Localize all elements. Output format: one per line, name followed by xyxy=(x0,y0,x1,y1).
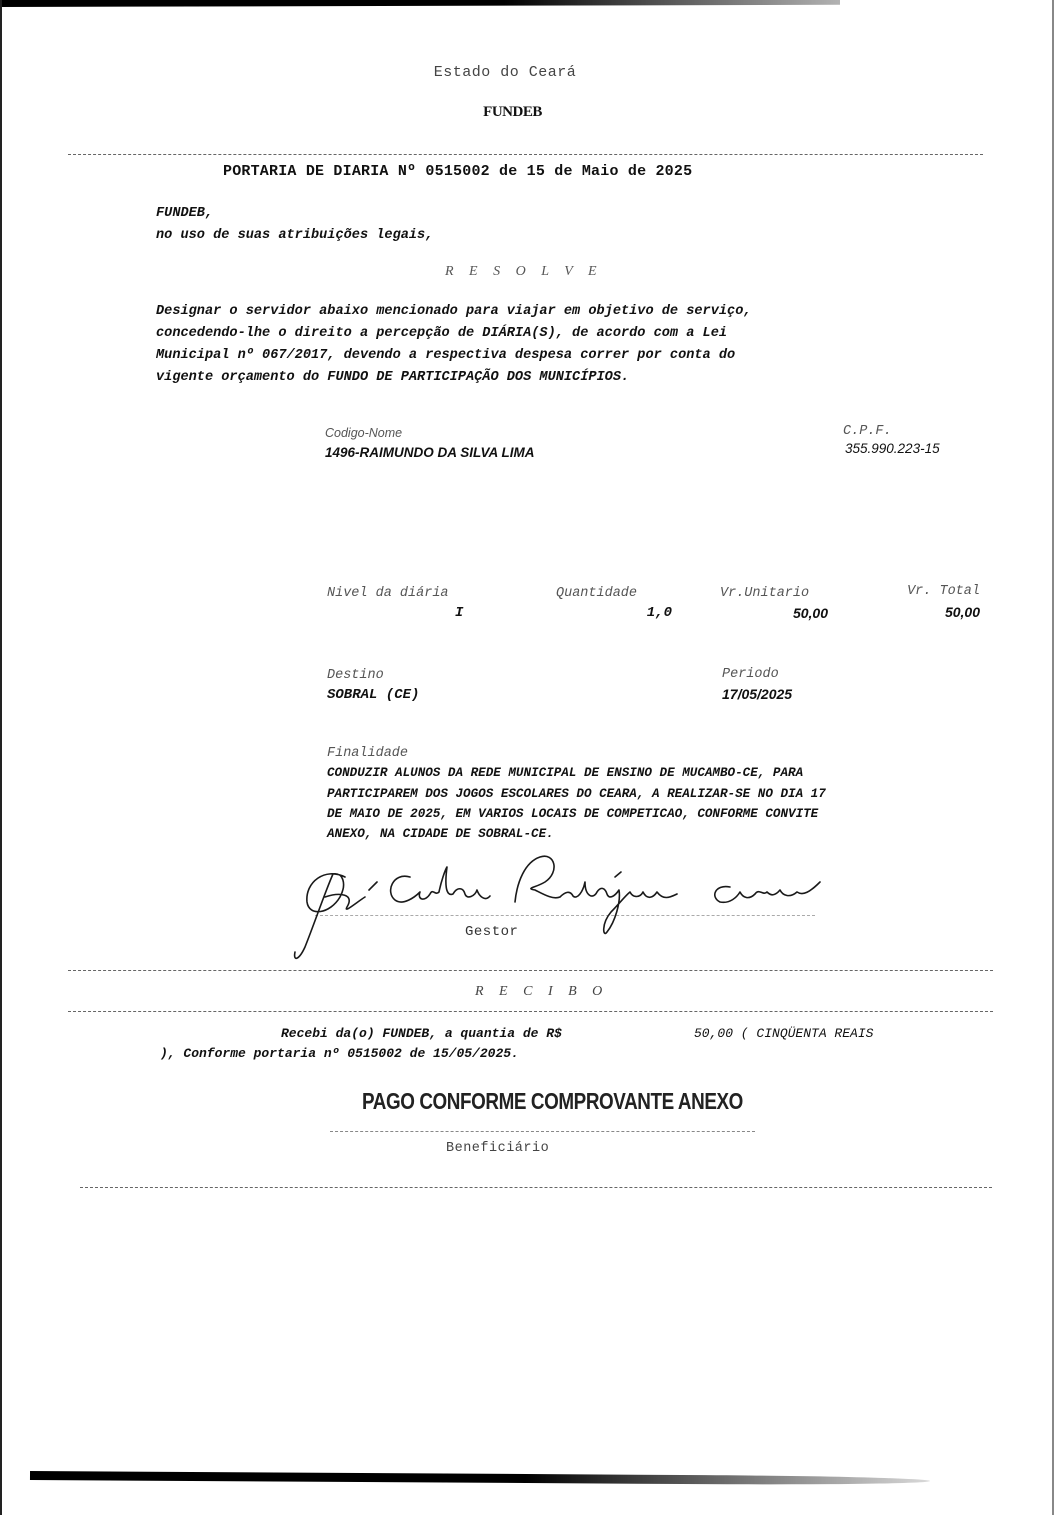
scan-edge-top xyxy=(0,0,840,7)
recibo-line-1: Recebi da(o) FUNDEB, a quantia de R$ xyxy=(281,1026,562,1041)
nivel-label: Nivel da diária xyxy=(327,586,449,601)
state-header: Estado do Ceará xyxy=(0,64,1010,81)
periodo-value: 17/05/2025 xyxy=(722,686,792,702)
document-title: PORTARIA DE DIARIA Nº 0515002 de 15 de M… xyxy=(223,163,692,180)
recibo-heading: R E C I B O xyxy=(475,984,608,1000)
scan-edge-left xyxy=(0,0,2,1515)
unitario-label: Vr.Unitario xyxy=(720,586,809,601)
issuer: FUNDEB, xyxy=(156,203,213,225)
quantidade-value: 1,0 xyxy=(600,605,672,621)
divider-recibo-top xyxy=(68,970,993,971)
paid-stamp: PAGO CONFORME COMPROVANTE ANEXO xyxy=(362,1088,743,1115)
quantidade-label: Quantidade xyxy=(556,586,637,601)
recibo-amount: 50,00 ( CINQÜENTA REAIS xyxy=(694,1026,873,1041)
finalidade-line: DE MAIO DE 2025, EM VARIOS LOCAIS DE COM… xyxy=(327,807,818,821)
finalidade-line: CONDUZIR ALUNOS DA REDE MUNICIPAL DE ENS… xyxy=(327,766,803,780)
divider-recibo-bottom xyxy=(68,1011,993,1012)
codigo-nome-value: 1496-RAIMUNDO DA SILVA LIMA xyxy=(325,445,535,460)
handwritten-signature-icon xyxy=(285,852,845,972)
scan-edge-bottom xyxy=(30,1471,930,1485)
codigo-nome-label: Codigo-Nome xyxy=(325,426,402,440)
legal-clause: no uso de suas atribuições legais, xyxy=(156,225,433,247)
paragraph-line: concedendo-lhe o direito a percepção de … xyxy=(156,323,727,345)
organization-header: FUNDEB xyxy=(0,104,1025,121)
total-value: 50,00 xyxy=(880,604,980,620)
destino-value: SOBRAL (CE) xyxy=(327,687,419,703)
divider-top xyxy=(68,154,983,155)
unitario-value: 50,00 xyxy=(740,605,828,621)
recibo-line-2: ), Conforme portaria nº 0515002 de 15/05… xyxy=(160,1046,519,1061)
finalidade-label: Finalidade xyxy=(327,746,408,761)
beneficiario-label: Beneficiário xyxy=(446,1141,549,1156)
gestor-label: Gestor xyxy=(465,924,518,940)
nivel-value: I xyxy=(455,605,475,621)
paragraph-line: Municipal nº 067/2017, devendo a respect… xyxy=(156,345,735,367)
destino-label: Destino xyxy=(327,668,384,683)
cpf-value: 355.990.223-15 xyxy=(845,441,940,456)
divider-bottom xyxy=(80,1187,992,1188)
paragraph-line: Designar o servidor abaixo mencionado pa… xyxy=(156,301,752,323)
resolve-heading: R E S O L V E xyxy=(445,264,603,280)
cpf-label: C.P.F. xyxy=(843,424,892,439)
beneficiario-signature-line xyxy=(330,1131,755,1132)
paragraph-line: vigente orçamento do FUNDO DE PARTICIPAÇ… xyxy=(156,367,629,389)
finalidade-line: ANEXO, NA CIDADE DE SOBRAL-CE. xyxy=(327,827,554,841)
periodo-label: Periodo xyxy=(722,667,779,682)
finalidade-line: PARTICIPAREM DOS JOGOS ESCOLARES DO CEAR… xyxy=(327,787,826,801)
total-label: Vr. Total xyxy=(880,584,980,599)
